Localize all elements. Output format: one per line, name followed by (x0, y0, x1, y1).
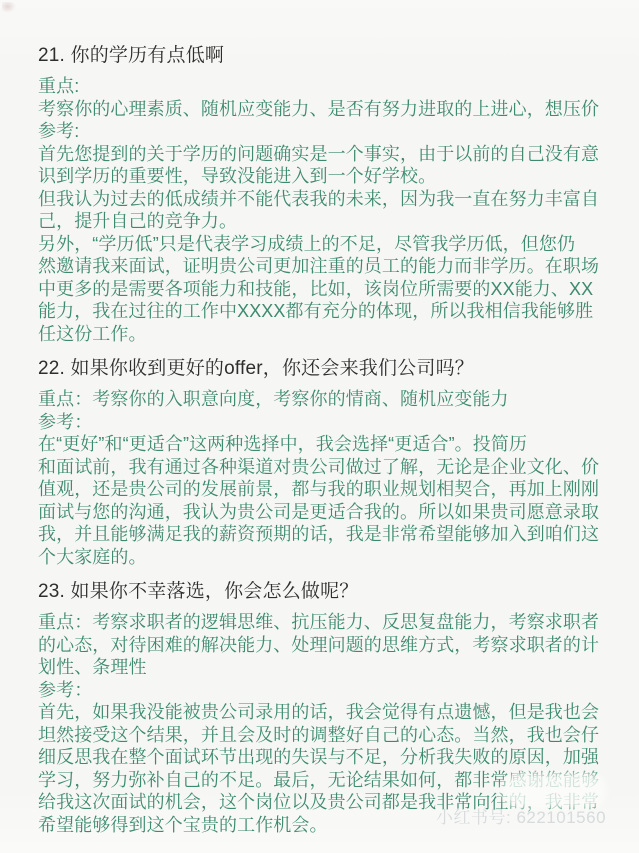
question-22-answer-line: 和面试前，我有通过各种渠道对贵公司做过了解，无论是企业文化、价 (38, 456, 604, 479)
question-23-answer-line: 学习，努力弥补自己的不足。最后，无论结果如何，都非常感谢您能够 (38, 769, 604, 792)
question-23-keypoint-text: 划性、条理性 (38, 656, 604, 679)
question-21-keypoint-label: 重点: (38, 75, 604, 98)
question-21-answer-line: 首先您提到的关于学历的问题确实是一个事实，由于以前的自己没有意 (38, 143, 604, 166)
question-21-answer-line: 中更多的是需要各项能力和技能，比如，该岗位所需要的XX能力、XX (38, 278, 604, 301)
question-22-answer-line: 我，并且能够满足我的薪资预期的话，我是非常希望能够加入到咱们这 (38, 523, 604, 546)
question-21-title: 21. 你的学历有点低啊 (38, 44, 604, 68)
question-22-keypoint-text: 重点：考察你的入职意向度，考察你的情商、随机应变能力 (38, 388, 604, 411)
question-21-reference-label: 参考: (38, 120, 604, 143)
question-23-reference-label: 参考： (38, 679, 604, 702)
question-22-answer-line: 值观，还是贵公司的发展前景，都与我的职业规划相契合，再加上刚刚 (38, 478, 604, 501)
question-21-answer-line: 能力，我在过往的工作中XXXX都有充分的体现，所以我相信我能够胜 (38, 300, 604, 323)
question-21-answer-line: 另外，“学历低”只是代表学习成绩上的不足，尽管我学历低，但您仍 (38, 233, 604, 256)
question-23-answer-line: 首先，如果我没能被贵公司录用的话，我会觉得有点遗憾，但是我也会 (38, 701, 604, 724)
question-21-answer-line: 然邀请我来面试，证明贵公司更加注重的员工的能力而非学历。在职场 (38, 255, 604, 278)
xiaohongshu-id-watermark: 小红书号: 622101560 (436, 803, 606, 828)
question-22-section: 22. 如果你收到更好的offer，你还会来我们公司吗？ 重点：考察你的入职意向… (38, 357, 604, 568)
question-21-answer-line: 但我认为过去的低成绩并不能代表我的未来，因为我一直在努力丰富自 (38, 188, 604, 211)
question-23-answer-line: 细反思我在整个面试环节出现的失误与不足，分析我失败的原因，加强 (38, 746, 604, 769)
corner-artifact (2, 2, 16, 13)
question-21-answer-line: 任这份工作。 (38, 323, 604, 346)
question-23-keypoint-text: 重点：考察求职者的逻辑思维、抗压能力、反思复盘能力，考察求职者 (38, 611, 604, 634)
question-21-keypoint-text: 考察你的心理素质、随机应变能力、是否有努力进取的上进心，想压价 (38, 98, 604, 121)
question-23-section: 23. 如果你不幸落选，你会怎么做呢？ 重点：考察求职者的逻辑思维、抗压能力、反… (38, 580, 604, 836)
question-23-keypoint-text: 的心态，对待困难的解决能力、处理问题的思维方式，考察求职者的计 (38, 634, 604, 657)
question-23-answer-line: 坦然接受这个结果，并且会及时的调整好自己的心态。当然，我也会仔 (38, 724, 604, 747)
question-21-answer-line: 己，提升自己的竞争力。 (38, 210, 604, 233)
question-22-answer-line: 在“更好”和“更适合”这两种选择中，我会选择“更适合”。投简历 (38, 433, 604, 456)
question-21-section: 21. 你的学历有点低啊 重点: 考察你的心理素质、随机应变能力、是否有努力进取… (38, 44, 604, 345)
question-22-title: 22. 如果你收到更好的offer，你还会来我们公司吗？ (38, 357, 604, 381)
question-23-title: 23. 如果你不幸落选，你会怎么做呢？ (38, 580, 604, 604)
question-22-answer-line: 面试与您的沟通，我认为贵公司是更适合我的。所以如果贵司愿意录取 (38, 501, 604, 524)
question-22-reference-label: 参考： (38, 411, 604, 434)
question-22-answer-line: 个大家庭的。 (38, 546, 604, 569)
question-21-answer-line: 识到学历的重要性，导致没能进入到一个好学校。 (38, 165, 604, 188)
interview-qa-content: 21. 你的学历有点低啊 重点: 考察你的心理素质、随机应变能力、是否有努力进取… (38, 44, 604, 836)
note-image-page: 21. 你的学历有点低啊 重点: 考察你的心理素质、随机应变能力、是否有努力进取… (0, 0, 639, 853)
